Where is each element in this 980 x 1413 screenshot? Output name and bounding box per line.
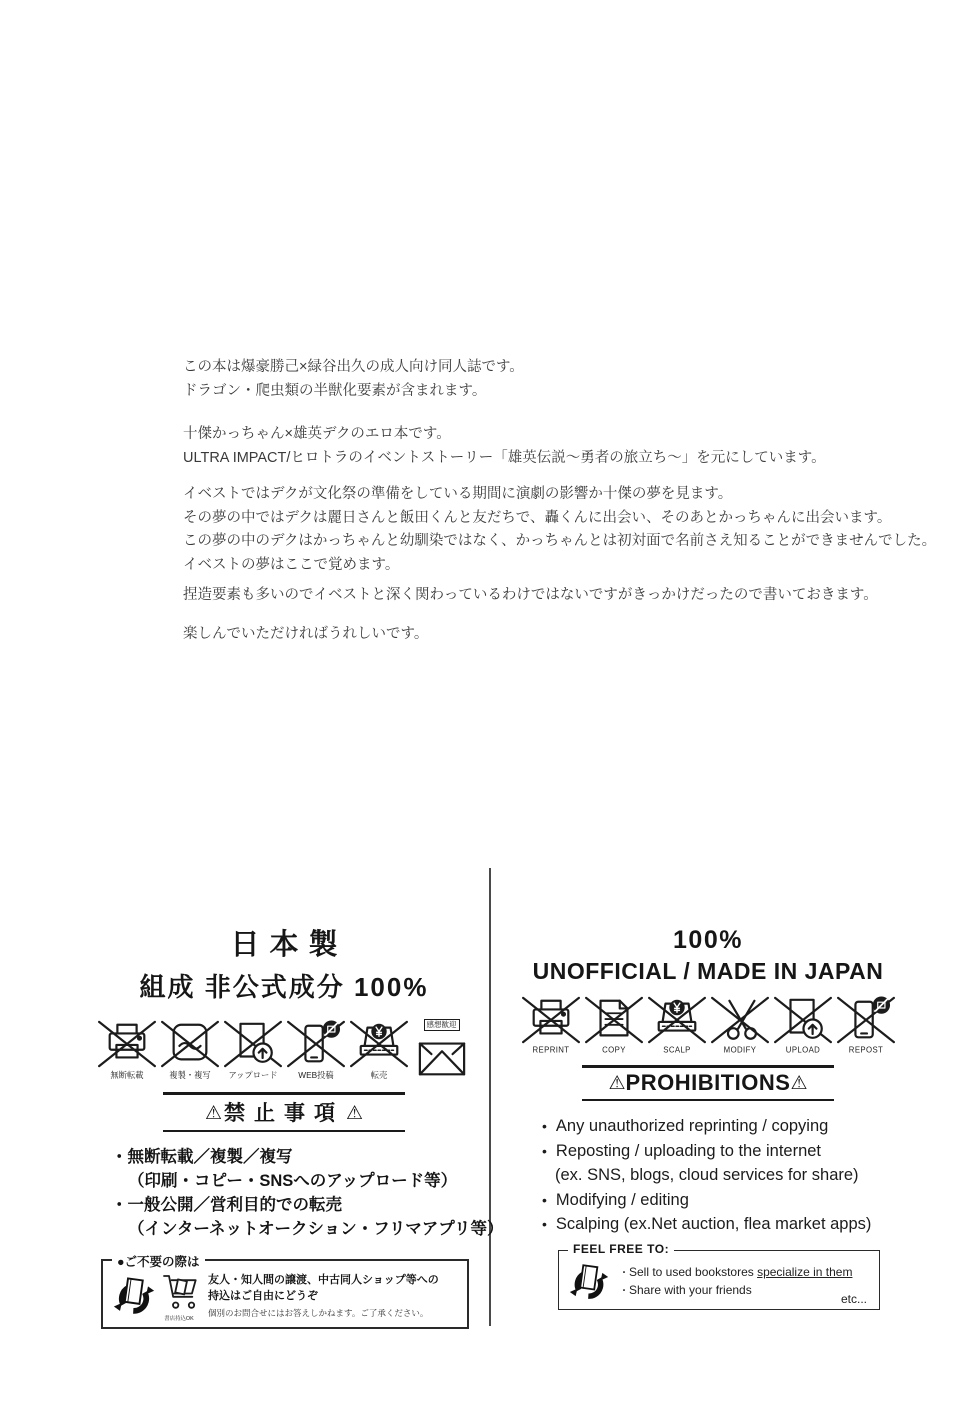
no-upload-icon: アップロード	[223, 1019, 283, 1082]
warning-triangle-icon: ⚠	[609, 1073, 626, 1094]
afterword-line: 楽しんでいただければうれしいです。	[183, 623, 803, 647]
afterword-line: この本は爆豪勝己×緑谷出久の成人向け同人誌です。	[183, 356, 803, 380]
rule-main: 一般公開／営利目的での転売	[111, 1193, 473, 1217]
list-item: 一般公開／営利目的での転売 （インターネットオークション・フリマアプリ等）	[111, 1193, 473, 1241]
disposal-text-line: 持込はご自由にどうぞ	[208, 1289, 439, 1305]
icon-caption: REPRINT	[523, 1045, 578, 1054]
feedback-welcome-envelope-icon: 感想歓迎	[412, 1014, 472, 1082]
composition-jp-title: 組成 非公式成分 100%	[95, 967, 473, 1004]
list-item: Scalping (ex.Net auction, flea market ap…	[542, 1212, 898, 1237]
jp-prohibited-items-list: 無断転載／複製／複写 （印刷・コピー・SNSへのアップロード等） 一般公開／営利…	[95, 1145, 473, 1241]
afterword-paragraph: 捏造要素も多いのでイベストと深く関わっているわけではないですがきっかけだったので…	[183, 584, 803, 608]
no-upload-icon: UPLOAD	[773, 995, 833, 1055]
rule-main: Modifying / editing	[542, 1188, 898, 1213]
feel-free-to-title: FEEL FREE TO:	[568, 1242, 674, 1256]
afterword-line: 十傑かっちゃん×雄英デクのエロ本です。	[183, 423, 803, 447]
feel-free-to-box: FEEL FREE TO: Sell to used bookstores sp…	[558, 1250, 880, 1310]
rule-main: Any unauthorized reprinting / copying	[542, 1114, 898, 1139]
afterword-paragraph: 十傑かっちゃん×雄英デクのエロ本です。 ULTRA IMPACT/ヒロトラのイベ…	[183, 423, 803, 470]
jp-prohibitions-title: ⚠禁止事項⚠	[163, 1095, 405, 1130]
no-modify-icon: MODIFY	[710, 995, 770, 1055]
afterword-line: ULTRA IMPACT/ヒロトラのイベントストーリー「雄英伝説〜勇者の旅立ち〜…	[183, 447, 803, 471]
no-copy-icon: 複製・複写	[160, 1019, 220, 1082]
feel-free-item: Share with your friends	[619, 1282, 852, 1300]
icon-caption: REPOST	[838, 1045, 893, 1054]
warning-triangle-icon: ⚠	[205, 1103, 222, 1124]
cut-line-divider	[489, 868, 491, 1326]
icon-caption: 転売	[351, 1069, 406, 1081]
recycle-book-icon	[569, 1261, 609, 1303]
jp-prohibitions-header: ⚠禁止事項⚠	[163, 1092, 405, 1132]
afterword-line: イベストではデクが文化祭の準備をしている期間に演劇の影響か十傑の夢を見ます。	[183, 483, 803, 507]
icon-caption: 無断転載	[99, 1069, 154, 1081]
disposal-notice-box: ●ご不要の際は	[101, 1259, 469, 1329]
no-scalping-icon: SCALP	[647, 995, 707, 1055]
en-prohibited-items-list: Any unauthorized reprinting / copying Re…	[518, 1114, 898, 1237]
disposal-text-line: 友人・知人間の譲渡、中古同人ショップ等への	[208, 1273, 439, 1289]
rule-main: 無断転載／複製／複写	[111, 1145, 473, 1169]
afterword-line: その夢の中ではデクは麗日さんと飯田くんと友だちで、轟くんに出会い、そのあとかっち…	[183, 507, 803, 531]
disposal-box-title: ●ご不要の際は	[112, 1252, 205, 1270]
bookstore-cart-icon-wrap: 書店持込OK	[160, 1271, 198, 1322]
feedback-welcome-tab: 感想歓迎	[424, 1019, 460, 1031]
header-rule-bottom	[163, 1130, 405, 1133]
list-item: Modifying / editing	[542, 1188, 898, 1213]
care-label-english: 100% UNOFFICIAL / MADE IN JAPAN REPRINT …	[518, 926, 898, 1310]
jp-care-icon-row: 無断転載 複製・複写 アップロード	[95, 1014, 473, 1082]
afterword-line: イベストの夢はここで覚めます。	[183, 554, 803, 578]
icon-caption: UPLOAD	[775, 1045, 830, 1054]
etc-text: etc...	[841, 1292, 867, 1306]
no-reprint-icon: REPRINT	[521, 995, 581, 1055]
rule-sub: (ex. SNS, blogs, cloud services for shar…	[542, 1163, 898, 1188]
underlined-phrase: specialize in them	[757, 1265, 852, 1279]
afterword-paragraph: イベストではデクが文化祭の準備をしている期間に演劇の影響か十傑の夢を見ます。 そ…	[183, 483, 803, 577]
list-item: Reposting / uploading to the internet (e…	[542, 1139, 898, 1188]
feel-free-item: Sell to used bookstores specialize in th…	[619, 1264, 852, 1282]
en-prohibitions-header: ⚠PROHIBITIONS⚠	[582, 1065, 834, 1101]
rule-sub: （インターネットオークション・フリマアプリ等）	[111, 1217, 473, 1241]
afterword-line: 捏造要素も多いのでイベストと深く関わっているわけではないですがきっかけだったので…	[183, 584, 803, 608]
afterword-line: ドラゴン・爬虫類の半獣化要素が含まれます。	[183, 380, 803, 404]
no-web-posting-icon: WEB投稿	[286, 1019, 346, 1082]
no-resale-icon: 転売	[349, 1019, 409, 1082]
warning-triangle-icon: ⚠	[346, 1103, 363, 1124]
cart-caption: 書店持込OK	[162, 1316, 196, 1321]
percent-title: 100%	[518, 926, 898, 955]
disposal-note: 個別のお問合せにはお答えしかねます。ご了承ください。	[208, 1307, 439, 1319]
no-reprint-icon: 無断転載	[97, 1019, 157, 1082]
warning-triangle-icon: ⚠	[790, 1073, 807, 1094]
no-copy-icon: COPY	[584, 995, 644, 1055]
icon-caption: MODIFY	[712, 1045, 767, 1054]
en-prohibitions-title: ⚠PROHIBITIONS⚠	[582, 1068, 834, 1099]
afterword-paragraph: この本は爆豪勝己×緑谷出久の成人向け同人誌です。 ドラゴン・爬虫類の半獣化要素が…	[183, 356, 803, 403]
icon-caption: 複製・複写	[162, 1069, 217, 1081]
header-rule-bottom	[582, 1099, 834, 1102]
made-in-japan-jp-title: 日本製	[95, 922, 473, 963]
afterword-line: この夢の中のデクはかっちゃんと幼馴染ではなく、かっちゃんとは初対面で名前さえ知る…	[183, 530, 803, 554]
cart-icon	[160, 1271, 198, 1311]
afterword-text-block: この本は爆豪勝己×緑谷出久の成人向け同人誌です。 ドラゴン・爬虫類の半獣化要素が…	[183, 356, 803, 646]
doujinshi-afterword-page: この本は爆豪勝己×緑谷出久の成人向け同人誌です。 ドラゴン・爬虫類の半獣化要素が…	[0, 0, 980, 1413]
en-care-icon-row: REPRINT COPY SCALP	[518, 995, 898, 1055]
rule-main: Scalping (ex.Net auction, flea market ap…	[542, 1212, 898, 1237]
rule-main: Reposting / uploading to the internet	[542, 1139, 898, 1164]
icon-caption: WEB投稿	[288, 1069, 343, 1081]
list-item: Any unauthorized reprinting / copying	[542, 1114, 898, 1139]
unofficial-made-in-japan-title: UNOFFICIAL / MADE IN JAPAN	[518, 958, 898, 985]
rule-sub: （印刷・コピー・SNSへのアップロード等）	[111, 1169, 473, 1193]
no-repost-icon: REPOST	[836, 995, 896, 1055]
icon-caption: アップロード	[225, 1069, 280, 1081]
icon-caption: SCALP	[649, 1045, 704, 1054]
list-item: 無断転載／複製／複写 （印刷・コピー・SNSへのアップロード等）	[111, 1145, 473, 1193]
afterword-paragraph: 楽しんでいただければうれしいです。	[183, 623, 803, 647]
icon-caption: COPY	[586, 1045, 641, 1054]
recycle-book-icon	[113, 1274, 155, 1318]
care-label-japanese: 日本製 組成 非公式成分 100% 無断転載 複製・複写	[95, 922, 473, 1329]
